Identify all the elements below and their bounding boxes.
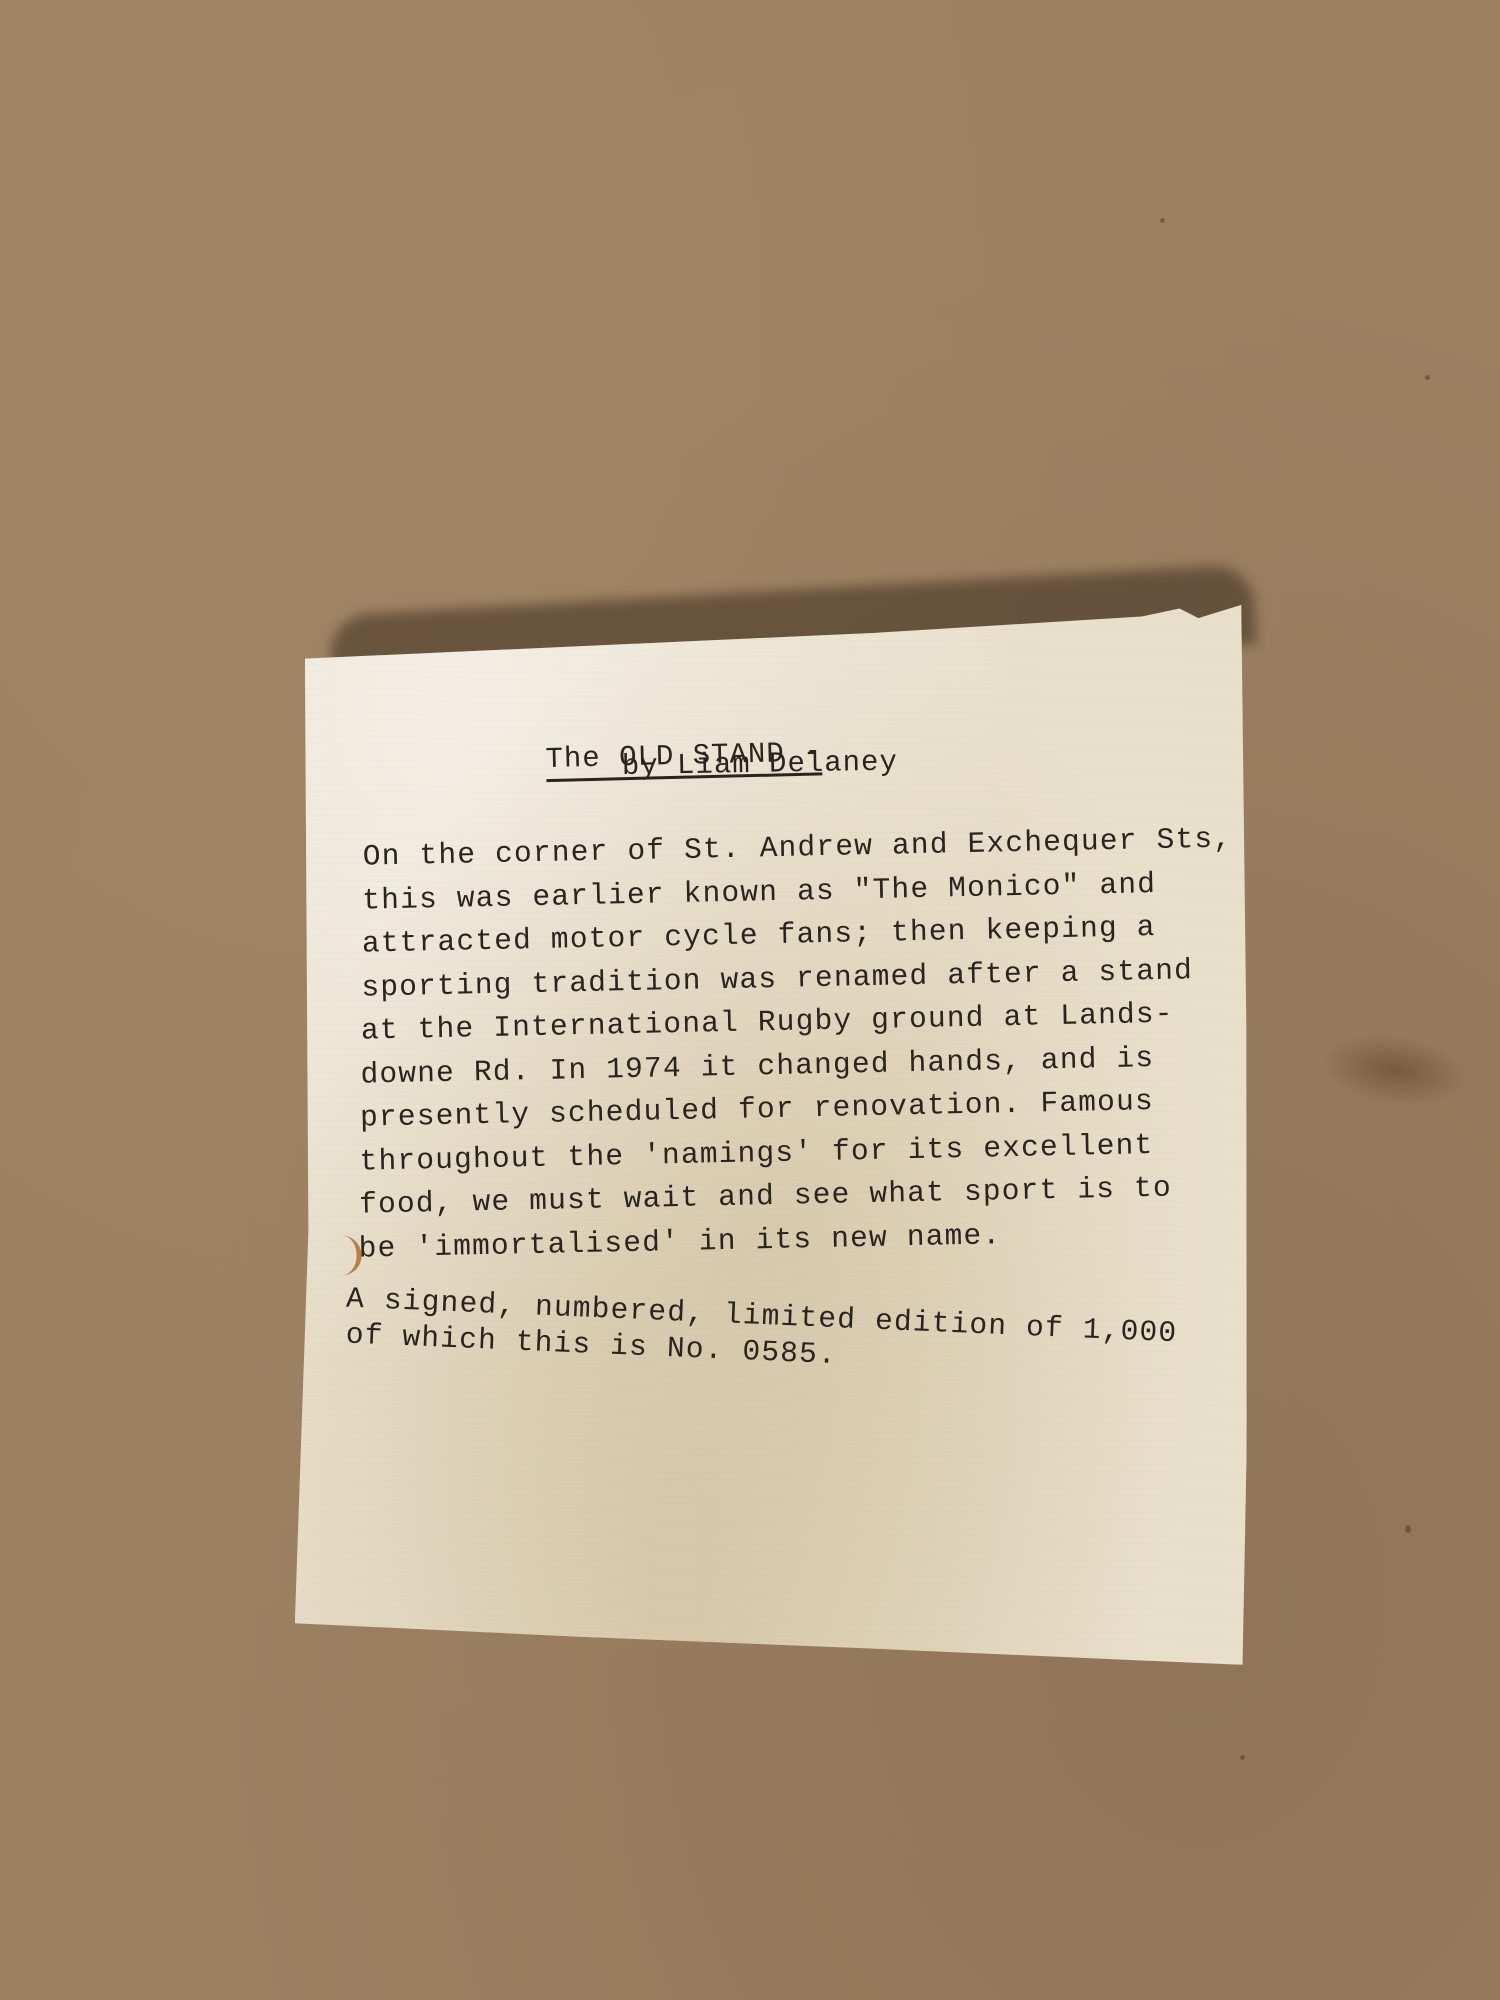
board-speck xyxy=(1240,1755,1245,1760)
typed-label-paper: The OLD STAND - by Liam Delaney On the c… xyxy=(294,595,1255,1665)
board-stain xyxy=(1316,1025,1474,1115)
edition-statement: A signed, numbered, limited edition of 1… xyxy=(346,1281,1178,1362)
board-speck xyxy=(1425,375,1430,380)
board-speck xyxy=(1405,1525,1411,1533)
board-speck xyxy=(1160,218,1165,223)
label-byline: by Liam Delaney xyxy=(622,748,898,781)
label-body: On the corner of St. Andrew and Excheque… xyxy=(359,836,1233,1280)
